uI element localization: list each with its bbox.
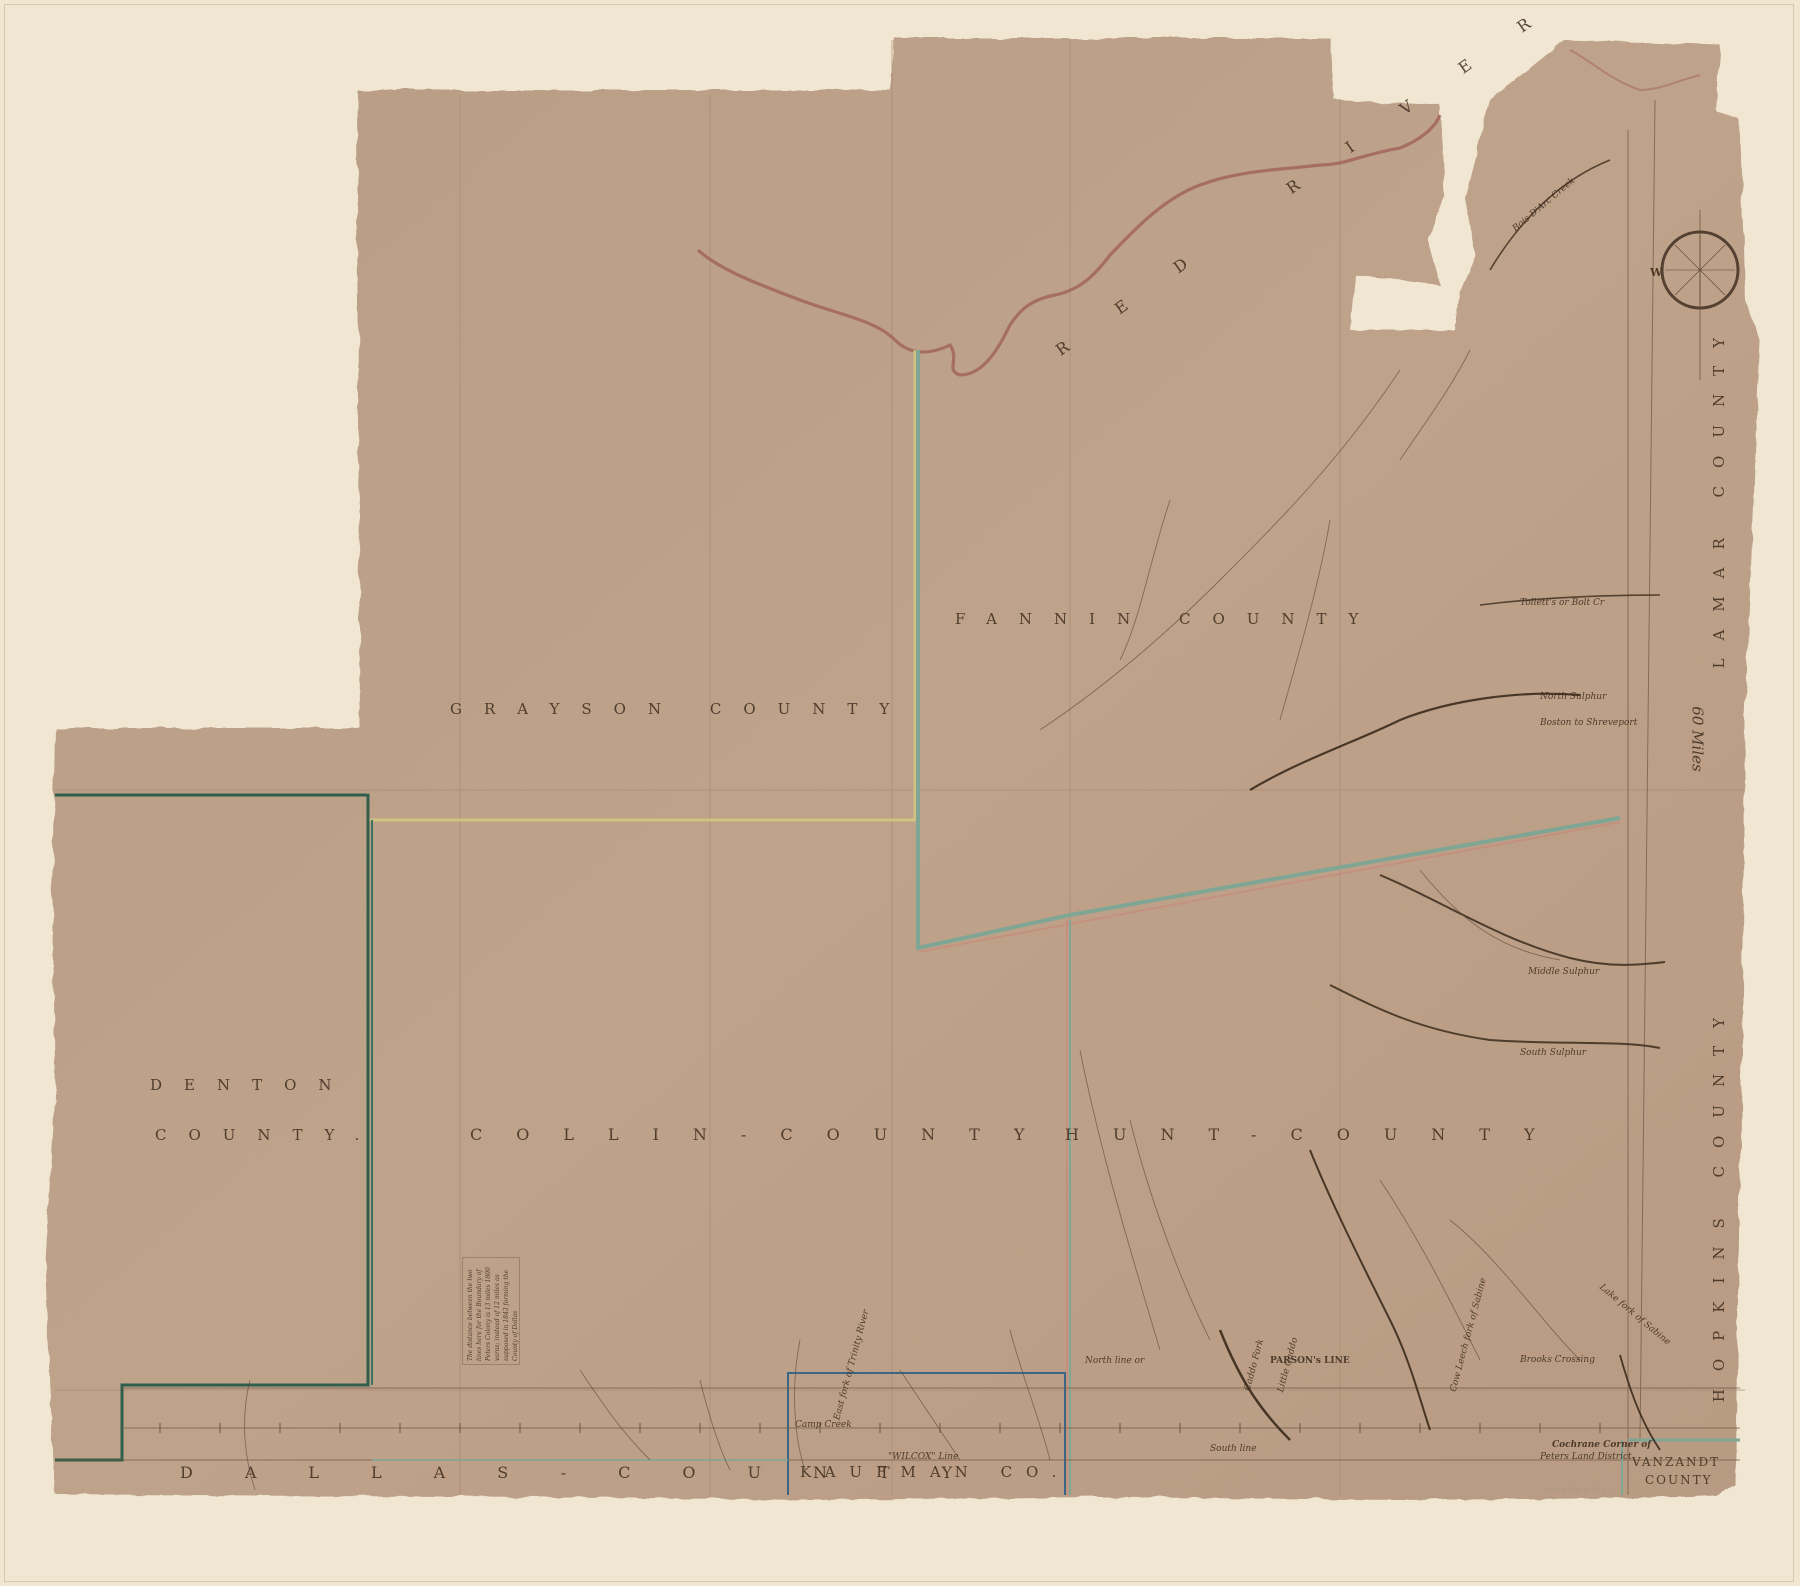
label-denton: DENTON — [150, 1076, 354, 1094]
paper-sheet — [45, 38, 1760, 1500]
archive-stamp: COUNTER 8 7107 — [1545, 1487, 1611, 1494]
annotation-camp-creek: Camp Creek — [795, 1420, 852, 1430]
label-vanzandt: VANZANDT — [1632, 1455, 1720, 1469]
label-kaufman-co: KAUFMAN CO. — [800, 1463, 1070, 1481]
annotation-tollett-creek: Tollett's or Bolt Cr — [1520, 598, 1604, 608]
annotation-middle-sulphur: Middle Sulphur — [1528, 967, 1599, 977]
annotation-cochrane-corner: Cochrane Corner of — [1552, 1440, 1651, 1450]
annotation-wilcox-line: "WILCOX" Line — [888, 1452, 958, 1462]
annotation-south-sulphur: South Sulphur — [1520, 1048, 1586, 1058]
label-hunt-county: HUNT-COUNTY — [1065, 1125, 1569, 1144]
label-lamar-county: LAMAR COUNTY — [1710, 320, 1728, 669]
compass-west-label: W — [1650, 266, 1662, 279]
annotation-south-line: South line — [1210, 1444, 1257, 1454]
annotation-brooks-crossing: Brooks Crossing — [1520, 1355, 1595, 1365]
label-denton-county: COUNTY. — [155, 1126, 381, 1144]
annotation-peters-land-district: Peters Land District — [1540, 1452, 1632, 1462]
map-canvas — [0, 0, 1800, 1586]
label-hopkins-county: HOPKINS COUNTY — [1710, 1000, 1728, 1402]
label-collin-county: COLLIN-COUNTY — [470, 1125, 1058, 1144]
annotation-boston-shreveport: Boston to Shreveport — [1540, 718, 1637, 728]
boundary-note: The distance between the two lines here … — [462, 1257, 520, 1365]
label-grayson-county: GRAYSON COUNTY — [450, 700, 911, 718]
annotation-sixty-miles: 60 Miles — [1689, 706, 1707, 771]
annotation-north-line: North line or — [1085, 1356, 1144, 1366]
label-fannin-county: FANNIN COUNTY — [955, 610, 1380, 628]
annotation-north-sulphur: North Sulphur — [1540, 692, 1606, 702]
label-vanzandt-county: COUNTY — [1645, 1473, 1713, 1487]
